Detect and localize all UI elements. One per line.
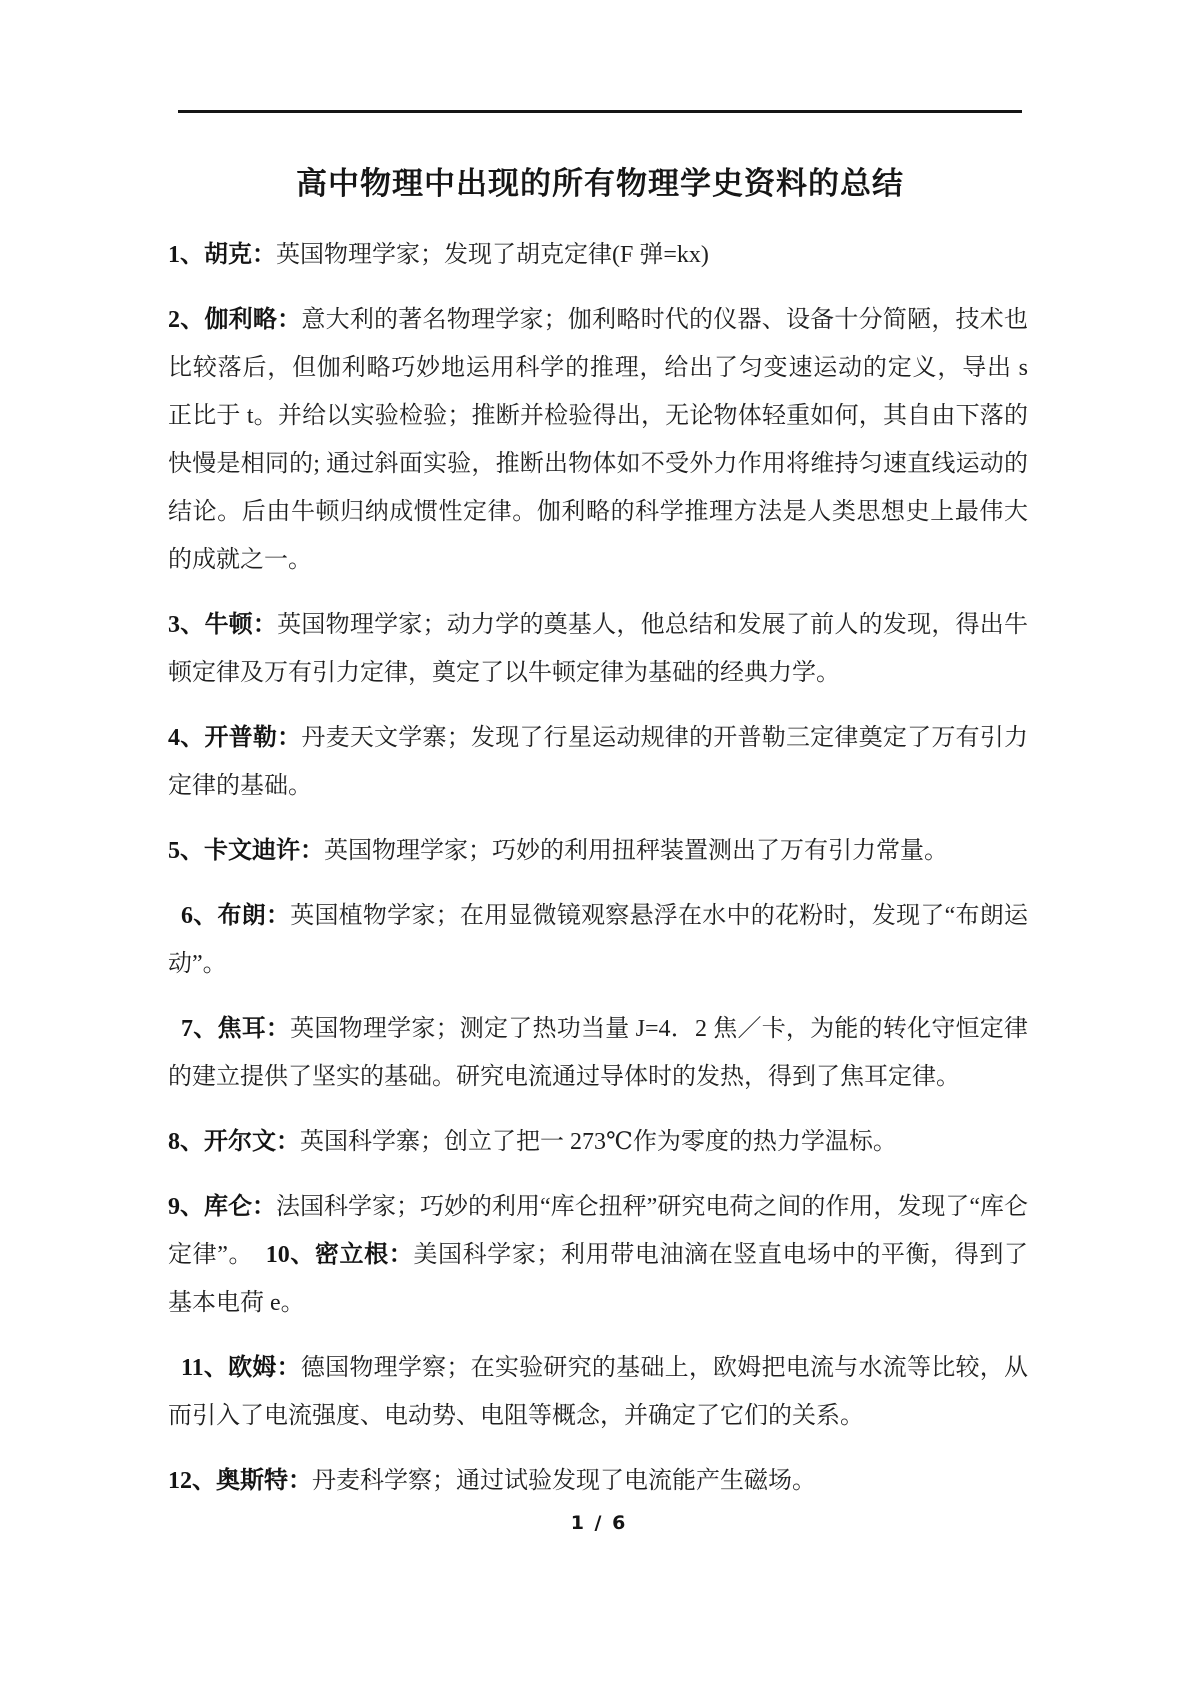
item-label: 1、胡克： (168, 242, 276, 268)
item-label: 9、库仑： (168, 1194, 276, 1220)
paragraph-item-2: 2、伽利略：意大利的著名物理学家；伽利略时代的仪器、设备十分简陋，技术也比较落后… (168, 296, 1028, 584)
item-label: 6、布朗： (181, 903, 290, 929)
paragraph-item-8: 8、开尔文：英国科学寨；创立了把一 273℃作为零度的热力学温标。 (168, 1118, 1028, 1166)
paragraph-item-7: 7、焦耳：英国物理学家；测定了热功当量 J=4．2 焦／卡，为能的转化守恒定律的… (168, 1005, 1028, 1101)
item-text: 英国物理学家；测定了热功当量 J=4．2 焦／卡，为能的转化守恒定律的建立提供了… (168, 1016, 1028, 1090)
paragraph-item-11: 12、奥斯特：丹麦科学察；通过试验发现了电流能产生磁场。 (168, 1457, 1028, 1505)
item-label: 7、焦耳： (181, 1016, 290, 1042)
item-label: 12、奥斯特： (168, 1468, 312, 1494)
item-text: 意大利的著名物理学家；伽利略时代的仪器、设备十分简陋，技术也比较落后，但伽利略巧… (168, 307, 1028, 573)
item-label: 8、开尔文： (168, 1129, 300, 1155)
paragraph-item-9: 9、库仑：法国科学家；巧妙的利用“库仑扭秤”研究电荷之间的作用，发现了“库仑定律… (168, 1183, 1028, 1327)
item-text: 英国物理学家；动力学的奠基人，他总结和发展了前人的发现，得出牛顿定律及万有引力定… (168, 612, 1028, 686)
page-title: 高中物理中出现的所有物理学史资料的总结 (0, 0, 1200, 205)
paragraph-item-10: 11、欧姆：德国物理学察；在实验研究的基础上，欧姆把电流与水流等比较，从而引入了… (168, 1344, 1028, 1440)
page-number: 1 / 6 (168, 1512, 1030, 1534)
paragraph-item-5: 5、卡文迪许：英国物理学家；巧妙的利用扭秤装置测出了万有引力常量。 (168, 827, 1028, 875)
item-label: 4、开普勒： (168, 725, 301, 751)
item-text: 英国科学寨；创立了把一 273℃作为零度的热力学温标。 (300, 1129, 897, 1155)
item-label: 5、卡文迪许： (168, 838, 324, 864)
item-text: 英国物理学家；发现了胡克定律(F 弹=kx) (276, 242, 709, 268)
item-label: 11、欧姆： (181, 1355, 301, 1381)
item-label: 10、密立根： (266, 1242, 414, 1268)
paragraph-item-6: 6、布朗：英国植物学家；在用显微镜观察悬浮在水中的花粉时，发现了“布朗运动”。 (168, 892, 1028, 988)
item-text: 英国物理学家；巧妙的利用扭秤装置测出了万有引力常量。 (324, 838, 948, 864)
item-label: 3、牛顿： (168, 612, 277, 638)
item-label: 2、伽利略： (168, 307, 301, 333)
paragraph-item-3: 3、牛顿：英国物理学家；动力学的奠基人，他总结和发展了前人的发现，得出牛顿定律及… (168, 601, 1028, 697)
document-body: 1、胡克：英国物理学家；发现了胡克定律(F 弹=kx)2、伽利略：意大利的著名物… (168, 231, 1028, 1505)
document-page: 高中物理中出现的所有物理学史资料的总结 1、胡克：英国物理学家；发现了胡克定律(… (0, 0, 1200, 1697)
paragraph-item-4: 4、开普勒：丹麦天文学寨；发现了行星运动规律的开普勒三定律奠定了万有引力定律的基… (168, 714, 1028, 810)
paragraph-item-1: 1、胡克：英国物理学家；发现了胡克定律(F 弹=kx) (168, 231, 1028, 279)
item-text: 丹麦科学察；通过试验发现了电流能产生磁场。 (312, 1468, 816, 1494)
header-rule (178, 110, 1022, 113)
item-text: 英国植物学家；在用显微镜观察悬浮在水中的花粉时，发现了“布朗运动”。 (168, 903, 1028, 977)
